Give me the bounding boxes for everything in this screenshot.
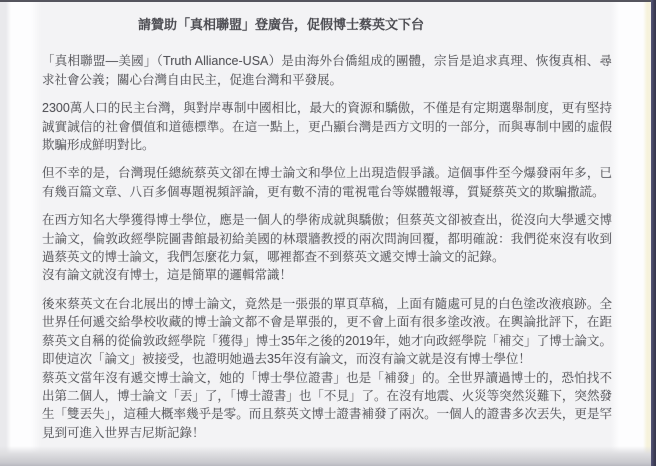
letter-content: 請贊助「真相聯盟」登廣告，促假博士蔡英文下台 「真相聯盟—美國」（Truth A… [0, 0, 656, 466]
line-no-thesis-no-phd: 沒有論文就沒有博士，這是簡單的邏輯常識！ [42, 266, 612, 284]
paragraph-truth-alliance-intro: 「真相聯盟—美國」（Truth Alliance-USA）是由海外台僑組成的團體… [42, 52, 612, 89]
letter-title: 請贊助「真相聯盟」登廣告，促假博士蔡英文下台 [42, 16, 612, 34]
paragraph-draft-pages-2019: 後來蔡英文在台北展出的博士論文，竟然是一張張的單頁草稿，上面有隨處可見的白色塗改… [42, 295, 612, 369]
paragraph-taiwan-democracy: 2300萬人口的民主台灣，與對岸專制中國相比，最大的資源和驕傲，不僅是有定期選舉… [42, 99, 612, 154]
paragraph-certificate-reissue: 蔡英文當年沒有遞交博士論文，她的「博士學位證書」也是「補發」的。全世界讀過博士的… [42, 369, 612, 443]
paragraph-thesis-controversy: 但不幸的是，台灣現任總統蔡英文卻在博士論文和學位上出現造假爭議。這個事件至今爆發… [42, 164, 612, 201]
paragraph-lse-library-replies: 在西方知名大學獲得博士學位，應是一個人的學術成就與驕傲；但蔡英文卻被查出，從沒向… [42, 211, 612, 266]
document-photo: 請贊助「真相聯盟」登廣告，促假博士蔡英文下台 「真相聯盟—美國」（Truth A… [0, 0, 656, 466]
